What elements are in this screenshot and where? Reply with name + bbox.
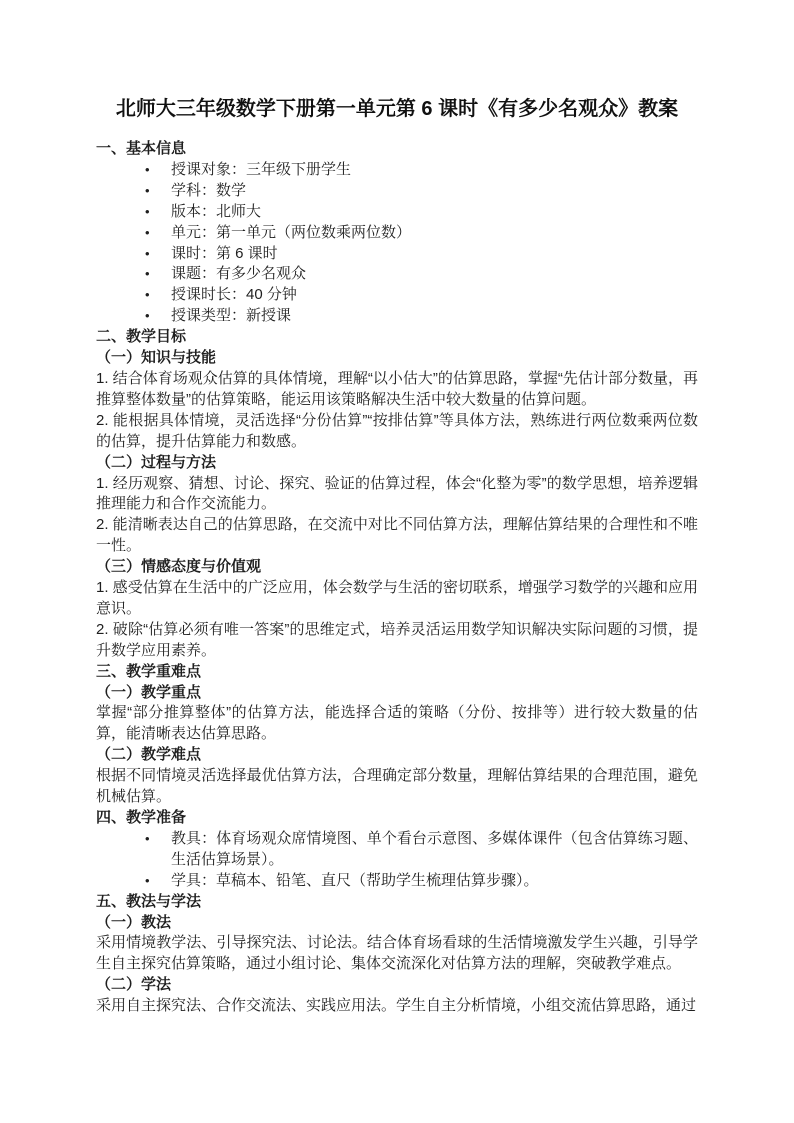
paragraph: 掌握“部分推算整体”的估算方法，能选择合适的策略（分份、按排等）进行较大数量的估… bbox=[96, 703, 698, 745]
paragraph: 1. 感受估算在生活中的广泛应用，体会数学与生活的密切联系，增强学习数学的兴趣和… bbox=[96, 578, 698, 620]
document-page: 北师大三年级数学下册第一单元第 6 课时《有多少名观众》教案 一、基本信息•授课… bbox=[0, 0, 794, 1123]
list-item-text: 授课类型：新授课 bbox=[171, 306, 698, 327]
bullet-icon: • bbox=[145, 223, 171, 244]
sub-section-heading: （二）过程与方法 bbox=[96, 453, 698, 474]
list-item: •课题：有多少名观众 bbox=[96, 264, 698, 285]
list-item-text: 授课对象：三年级下册学生 bbox=[171, 160, 698, 181]
sub-section-heading: （三）情感态度与价值观 bbox=[96, 557, 698, 578]
list-item: •课时：第 6 课时 bbox=[96, 244, 698, 265]
list-item-text: 学具：草稿本、铅笔、直尺（帮助学生梳理估算步骤）。 bbox=[171, 871, 698, 892]
list-item: •教具：体育场观众席情境图、单个看台示意图、多媒体课件（包含估算练习题、生活估算… bbox=[96, 829, 698, 871]
bullet-icon: • bbox=[145, 244, 171, 265]
bullet-icon: • bbox=[145, 181, 171, 202]
bullet-icon: • bbox=[145, 160, 171, 181]
sub-section-heading: （一）知识与技能 bbox=[96, 348, 698, 369]
list-item: •授课对象：三年级下册学生 bbox=[96, 160, 698, 181]
list-item-text: 单元：第一单元（两位数乘两位数） bbox=[171, 223, 698, 244]
bullet-icon: • bbox=[145, 285, 171, 306]
section-heading: 一、基本信息 bbox=[96, 139, 698, 160]
list-item: •单元：第一单元（两位数乘两位数） bbox=[96, 223, 698, 244]
section-heading: 四、教学准备 bbox=[96, 808, 698, 829]
paragraph: 1. 经历观察、猜想、讨论、探究、验证的估算过程，体会“化整为零”的数学思想，培… bbox=[96, 474, 698, 516]
list-item-text: 课题：有多少名观众 bbox=[171, 264, 698, 285]
list-item-text: 教具：体育场观众席情境图、单个看台示意图、多媒体课件（包含估算练习题、生活估算场… bbox=[171, 829, 698, 871]
section-heading: 二、教学目标 bbox=[96, 327, 698, 348]
paragraph: 2. 能清晰表达自己的估算思路，在交流中对比不同估算方法，理解估算结果的合理性和… bbox=[96, 515, 698, 557]
document-title: 北师大三年级数学下册第一单元第 6 课时《有多少名观众》教案 bbox=[96, 96, 698, 122]
paragraph: 采用情境教学法、引导探究法、讨论法。结合体育场看球的生活情境激发学生兴趣，引导学… bbox=[96, 933, 698, 975]
paragraph: 采用自主探究法、合作交流法、实践应用法。学生自主分析情境，小组交流估算思路，通过 bbox=[96, 996, 698, 1017]
list-item-text: 授课时长：40 分钟 bbox=[171, 285, 698, 306]
list-item: •学科：数学 bbox=[96, 181, 698, 202]
bullet-icon: • bbox=[145, 202, 171, 223]
paragraph: 1. 结合体育场观众估算的具体情境，理解“以小估大”的估算思路，掌握“先估计部分… bbox=[96, 369, 698, 411]
sub-section-heading: （二）学法 bbox=[96, 975, 698, 996]
document-body: 一、基本信息•授课对象：三年级下册学生•学科：数学•版本：北师大•单元：第一单元… bbox=[96, 139, 698, 1017]
paragraph: 根据不同情境灵活选择最优估算方法，合理确定部分数量，理解估算结果的合理范围，避免… bbox=[96, 766, 698, 808]
section-heading: 五、教法与学法 bbox=[96, 892, 698, 913]
list-item-text: 学科：数学 bbox=[171, 181, 698, 202]
list-item-text: 版本：北师大 bbox=[171, 202, 698, 223]
bullet-icon: • bbox=[145, 829, 171, 871]
sub-section-heading: （一）教法 bbox=[96, 913, 698, 934]
bullet-icon: • bbox=[145, 871, 171, 892]
sub-section-heading: （二）教学难点 bbox=[96, 745, 698, 766]
section-heading: 三、教学重难点 bbox=[96, 662, 698, 683]
paragraph: 2. 破除“估算必须有唯一答案”的思维定式，培养灵活运用数学知识解决实际问题的习… bbox=[96, 620, 698, 662]
list-item: •学具：草稿本、铅笔、直尺（帮助学生梳理估算步骤）。 bbox=[96, 871, 698, 892]
list-item: •授课时长：40 分钟 bbox=[96, 285, 698, 306]
list-item-text: 课时：第 6 课时 bbox=[171, 244, 698, 265]
list-item: •版本：北师大 bbox=[96, 202, 698, 223]
bullet-icon: • bbox=[145, 264, 171, 285]
list-item: •授课类型：新授课 bbox=[96, 306, 698, 327]
sub-section-heading: （一）教学重点 bbox=[96, 683, 698, 704]
bullet-icon: • bbox=[145, 306, 171, 327]
paragraph: 2. 能根据具体情境，灵活选择“分份估算”“按排估算”等具体方法，熟练进行两位数… bbox=[96, 411, 698, 453]
